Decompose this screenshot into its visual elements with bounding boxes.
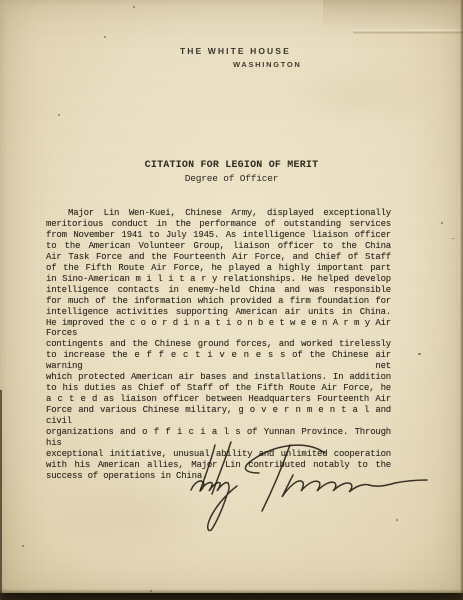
body-line: in Sino-American m i l i t a r y relatio… — [46, 274, 391, 285]
body-line: to increase the e f f e c t i v e n e s … — [46, 350, 391, 372]
paper-speck — [452, 238, 454, 239]
paper-speck — [418, 353, 421, 355]
paper-speck — [22, 545, 24, 547]
paper-speck — [58, 114, 60, 116]
body-line: Air Task Force and the Fourteenth Air Fo… — [46, 252, 391, 263]
scan-edge-bottom — [0, 593, 463, 600]
body-line: Force and various Chinese military, g o … — [46, 405, 391, 427]
body-line: intelligence contacts in enemy-held Chin… — [46, 285, 391, 296]
body-line: a c t e d as liaison officer between Hea… — [46, 394, 391, 405]
paper-blotch — [280, 60, 440, 130]
body-line: of the Fifth Route Air Force, he played … — [46, 263, 391, 274]
document-page: THE WHITE HOUSE WASHINGTON CITATION FOR … — [0, 0, 463, 600]
body-line: to the American Volunteer Group, liaison… — [46, 241, 391, 252]
body-line: to his duties as Chief of Staff of the F… — [46, 383, 391, 394]
body-line: Major Lin Wen-Kuei, Chinese Army, displa… — [46, 208, 391, 219]
paper-crease — [353, 29, 463, 37]
corner-shading — [323, 0, 463, 30]
body-line: from November 1941 to July 1945. As inte… — [46, 230, 391, 241]
citation-degree: Degree of Officer — [0, 173, 463, 184]
body-line: which protected American air bases and i… — [46, 372, 391, 383]
body-line: intelligence activities supporting Ameri… — [46, 307, 391, 318]
body-line: for much of the information which provid… — [46, 296, 391, 307]
scan-edge-left — [0, 390, 2, 600]
body-line: He improved the c o o r d i n a t i o n … — [46, 318, 391, 340]
paper-speck — [133, 6, 135, 8]
paper-speck — [441, 222, 443, 224]
letterhead-subtitle: WASHINGTON — [233, 60, 302, 69]
signature-harry-truman — [185, 433, 435, 538]
citation-title: CITATION FOR LEGION OF MERIT — [0, 160, 463, 171]
paper-speck — [104, 36, 106, 38]
body-line: contingents and the Chinese ground force… — [46, 339, 391, 350]
body-line: meritorious conduct in the performance o… — [46, 219, 391, 230]
letterhead-title: THE WHITE HOUSE — [180, 46, 291, 56]
